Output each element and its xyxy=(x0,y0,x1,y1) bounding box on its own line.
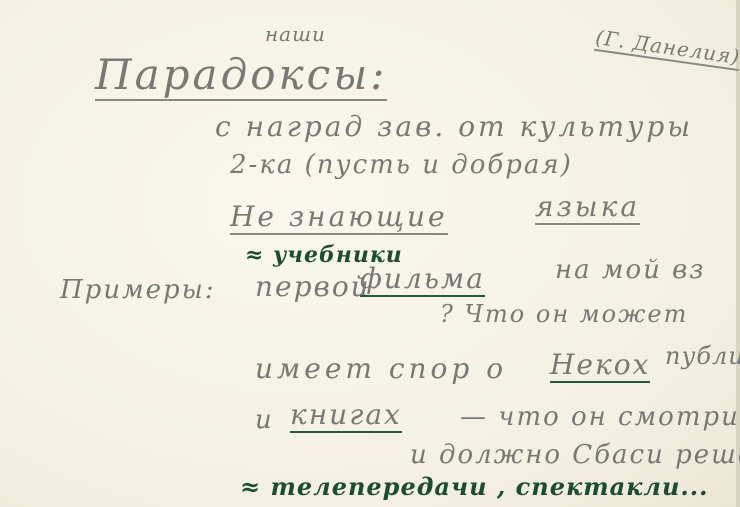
note-line-3a: Не знающие xyxy=(230,200,448,235)
note-line-6-ink: Некох xyxy=(550,348,650,383)
note-line-6: имеет спор о xyxy=(255,352,507,385)
handwritten-note-page: наши Парадоксы: (Г. Данелия) с наград за… xyxy=(0,0,740,507)
note-line-9: ≈ телепередачи , спектакли... xyxy=(240,472,709,501)
note-line-2: 2-ка (пусть и добрая) xyxy=(230,150,573,180)
note-line-5: ? Что он может xyxy=(440,300,688,328)
note-line-7-start: и xyxy=(255,405,273,435)
note-line-6-end: публик xyxy=(665,342,740,370)
note-examples-label: Примеры: xyxy=(60,275,216,305)
note-attribution: (Г. Данелия) xyxy=(594,25,740,71)
note-line-1: с наград зав. от культуры xyxy=(215,110,693,143)
note-word-nashi: наши xyxy=(265,22,326,46)
note-line-4: первой xyxy=(255,270,371,303)
note-line-4-ink: фильма xyxy=(360,262,485,297)
note-line-3b: языка xyxy=(535,190,640,225)
note-line-4-end: на мой вз xyxy=(555,255,705,285)
note-title: Парадоксы: xyxy=(95,50,387,101)
note-line-8: и должно Сбаси решени xyxy=(410,440,740,470)
note-line-7: — что он смотрит xyxy=(460,402,740,432)
note-line-7-ink: книгах xyxy=(290,398,402,433)
